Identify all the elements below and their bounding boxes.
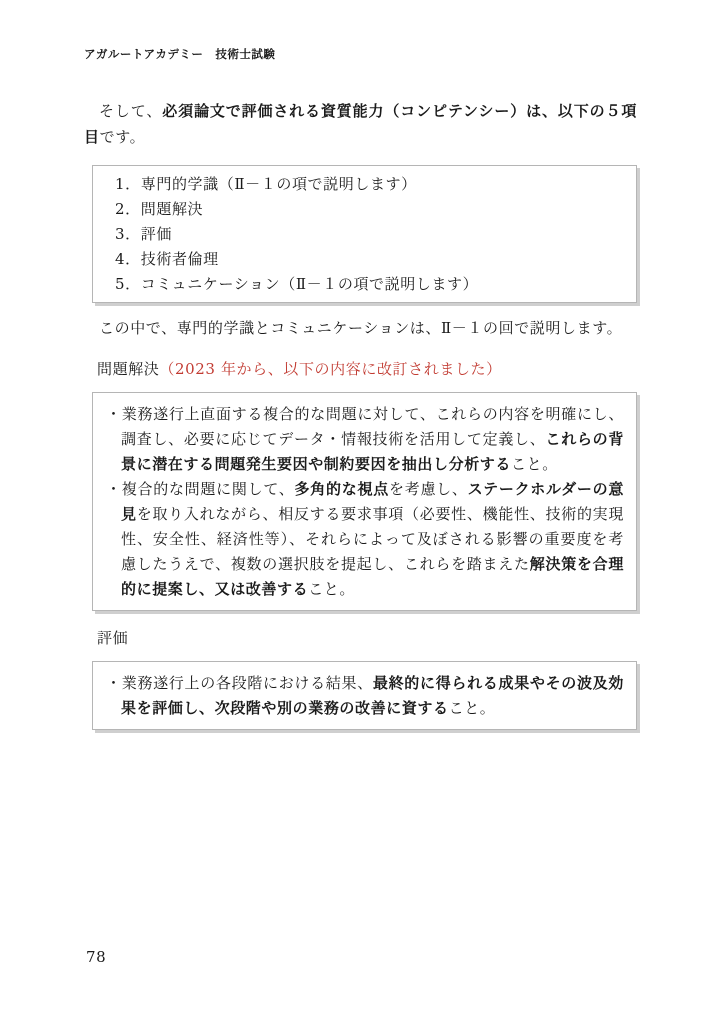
evaluation-heading-text: 評価 bbox=[97, 629, 128, 647]
competency-item-3: 3．評価 bbox=[115, 222, 618, 247]
bullet-text: こと。 bbox=[449, 699, 496, 717]
bullet-text: こと。 bbox=[511, 455, 558, 473]
document-page: アガルートアカデミー 技術士試験 そして、必須論文で評価される資質能力（コンピテ… bbox=[0, 0, 723, 1024]
problem-solving-bullet-1: ・業務遂行上直面する複合的な問題に対して、これらの内容を明確にし、調査し、必要に… bbox=[106, 402, 624, 477]
competency-box: 1．専門的学識（Ⅱ－１の項で説明します） 2．問題解決 3．評価 4．技術者倫理… bbox=[92, 165, 637, 303]
problem-solving-bullet-2: ・複合的な問題に関して、多角的な視点を考慮し、ステークホルダーの意見を取り入れな… bbox=[106, 477, 624, 602]
evaluation-box: ・業務遂行上の各段階における結果、最終的に得られる成果やその波及効果を評価し、次… bbox=[92, 661, 637, 730]
intro-paragraph: そして、必須論文で評価される資質能力（コンピテンシー）は、以下の５項目です。 bbox=[84, 98, 637, 150]
problem-solving-box: ・業務遂行上直面する複合的な問題に対して、これらの内容を明確にし、調査し、必要に… bbox=[92, 392, 637, 611]
bullet-text: こと。 bbox=[308, 580, 355, 598]
competency-item-2: 2．問題解決 bbox=[115, 197, 618, 222]
note-paragraph: この中で、専門的学識とコミュニケーションは、Ⅱ－１の回で説明します。 bbox=[84, 315, 637, 341]
doc-header: アガルートアカデミー 技術士試験 bbox=[84, 46, 637, 62]
section-heading-problem-solving: 問題解決（2023 年から、以下の内容に改訂されました） bbox=[84, 356, 637, 382]
page-content: アガルートアカデミー 技術士試験 そして、必須論文で評価される資質能力（コンピテ… bbox=[84, 0, 637, 730]
bullet-text: ・業務遂行上の各段階における結果、 bbox=[106, 674, 373, 692]
competency-item-5: 5．コミュニケーション（Ⅱ－１の項で説明します） bbox=[115, 272, 618, 297]
competency-item-4: 4．技術者倫理 bbox=[115, 247, 618, 272]
revision-note: （2023 年から、以下の内容に改訂されました） bbox=[159, 360, 501, 378]
intro-text-tail: です。 bbox=[100, 128, 146, 146]
section-heading-evaluation: 評価 bbox=[84, 625, 637, 651]
bullet-text: ・複合的な問題に関して、 bbox=[106, 480, 295, 498]
bullet-text-bold: 多角的な視点 bbox=[295, 480, 389, 498]
competency-item-1: 1．専門的学識（Ⅱ－１の項で説明します） bbox=[115, 172, 618, 197]
bullet-text: を考慮し、 bbox=[389, 480, 468, 498]
evaluation-bullet-1: ・業務遂行上の各段階における結果、最終的に得られる成果やその波及効果を評価し、次… bbox=[106, 671, 624, 721]
intro-text-emphasis: 必須論文で評価される資質能力（コンピテンシー）は、以下の５項目 bbox=[84, 102, 637, 146]
problem-solving-heading-text: 問題解決 bbox=[97, 360, 159, 378]
intro-text-lead: そして、 bbox=[99, 102, 162, 120]
page-number: 78 bbox=[86, 948, 106, 966]
